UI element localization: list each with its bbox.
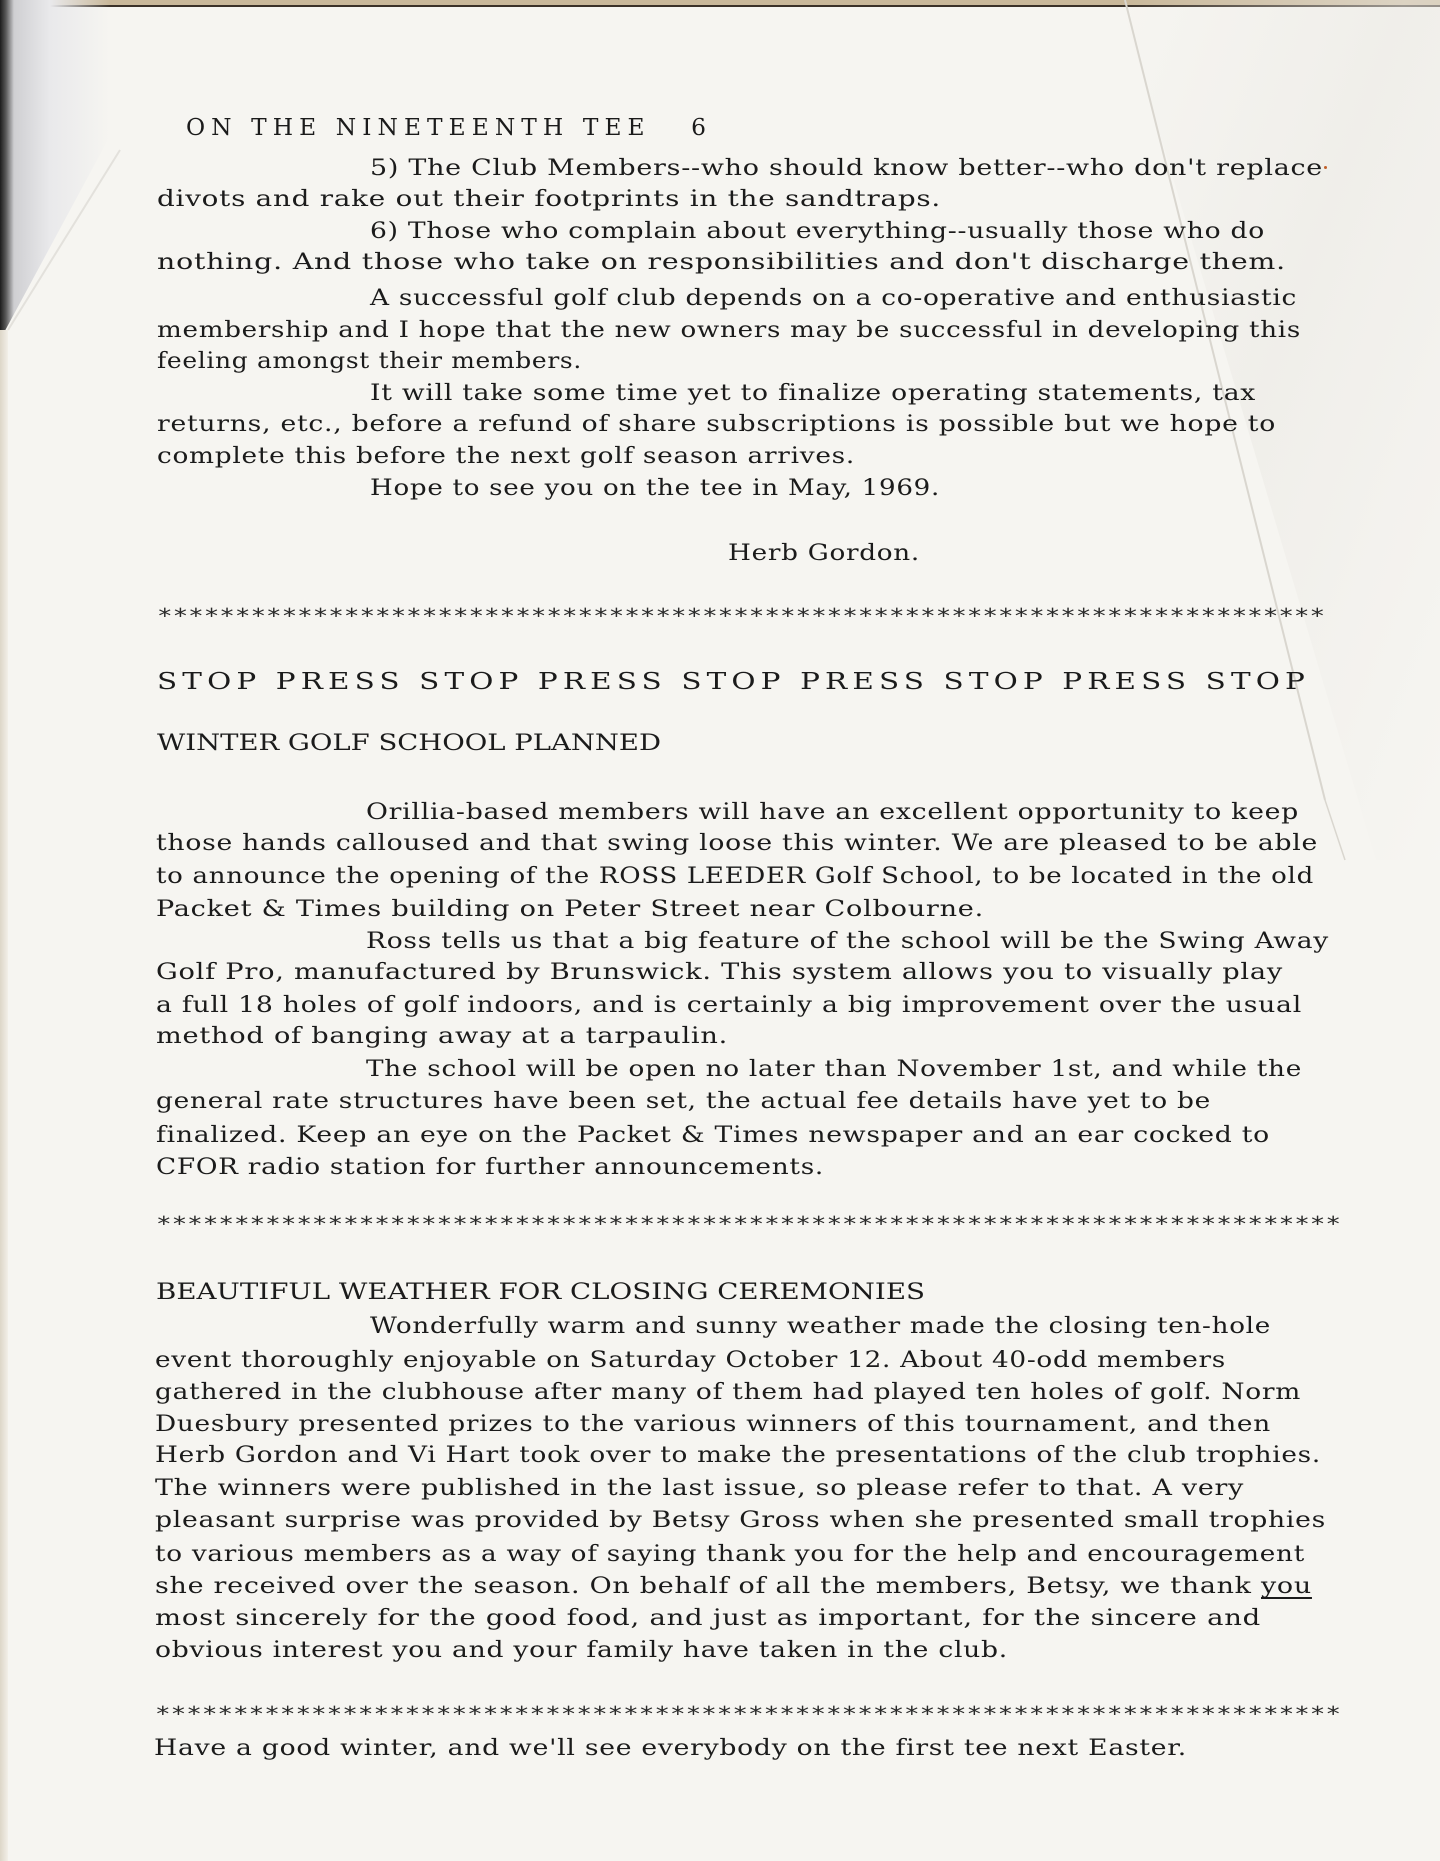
article-line: Ross tells us that a big feature of the … — [366, 931, 1329, 953]
article-heading: WINTER GOLF SCHOOL PLANNED — [157, 733, 661, 755]
letter-line: 5) The Club Members--who should know bet… — [370, 158, 1323, 180]
scan-left-border — [0, 330, 8, 1861]
letter-line: nothing. And those who take on responsib… — [157, 252, 1286, 274]
article-line: The school will be open no later than No… — [366, 1059, 1302, 1081]
article-line: she received over the season. On behalf … — [155, 1576, 1312, 1598]
article-line: general rate structures have been set, t… — [156, 1091, 1211, 1113]
letter-line: It will take some time yet to finalize o… — [370, 383, 1256, 405]
article-line: method of banging away at a tarpaulin. — [156, 1026, 728, 1048]
letter-line: feeling amongst their members. — [157, 351, 582, 373]
letter-line: divots and rake out their footprints in … — [157, 189, 941, 211]
newsletter-header: ON THE NINETEENTH TEE 6 — [159, 94, 712, 140]
letter-line: 6) Those who complain about everything--… — [370, 221, 1265, 243]
section-divider: ****************************************… — [155, 1704, 1341, 1724]
letter-line: returns, etc., before a refund of share … — [157, 414, 1276, 436]
article-line: The winners were published in the last i… — [155, 1478, 1244, 1500]
stop-press-banner: STOP PRESS STOP PRESS STOP PRESS STOP PR… — [157, 671, 1310, 694]
article-line: Duesbury presented prizes to the various… — [155, 1414, 1271, 1436]
article-line: event thoroughly enjoyable on Saturday O… — [155, 1350, 1226, 1372]
article-line: to various members as a way of saying th… — [155, 1544, 1305, 1566]
article-line-text: she received over the season. On behalf … — [155, 1574, 1252, 1599]
underlined-word: you — [1261, 1574, 1312, 1599]
letter-line: A successful golf club depends on a co-o… — [370, 288, 1297, 310]
letter-line: Hope to see you on the tee in May, 1969. — [370, 478, 940, 500]
article-line: gathered in the clubhouse after many of … — [155, 1382, 1301, 1404]
signature: Herb Gordon. — [728, 543, 920, 565]
page-curl-shadow — [0, 0, 110, 340]
article-line: a full 18 holes of golf indoors, and is … — [156, 995, 1302, 1017]
letter-line: complete this before the next golf seaso… — [157, 446, 855, 468]
farewell-line: Have a good winter, and we'll see everyb… — [154, 1738, 1187, 1760]
article-line: Packet & Times building on Peter Street … — [156, 899, 984, 921]
article-line: most sincerely for the good food, and ju… — [155, 1608, 1261, 1630]
article-line: Wonderfully warm and sunny weather made … — [370, 1316, 1271, 1338]
article-heading: BEAUTIFUL WEATHER FOR CLOSING CEREMONIES — [156, 1282, 925, 1304]
article-line: Herb Gordon and Vi Hart took over to mak… — [155, 1445, 1321, 1467]
section-divider: ****************************************… — [157, 606, 1325, 626]
newsletter-title: ON THE NINETEENTH TEE — [186, 115, 651, 141]
ink-speck — [1324, 166, 1327, 169]
article-line: to announce the opening of the ROSS LEED… — [156, 866, 1314, 888]
article-line: obvious interest you and your family hav… — [155, 1640, 1008, 1662]
article-line: CFOR radio station for further announcem… — [156, 1157, 824, 1179]
letter-line: membership and I hope that the new owner… — [157, 320, 1301, 342]
section-divider: ****************************************… — [156, 1214, 1341, 1234]
article-line: pleasant surprise was provided by Betsy … — [155, 1510, 1326, 1532]
article-line: Orillia-based members will have an excel… — [366, 802, 1299, 824]
article-line: those hands calloused and that swing loo… — [156, 833, 1318, 855]
page-top-edge — [0, 5, 1440, 7]
article-line: Golf Pro, manufactured by Brunswick. Thi… — [156, 962, 1283, 984]
page-number: 6 — [691, 115, 712, 141]
article-line: finalized. Keep an eye on the Packet & T… — [156, 1125, 1270, 1147]
